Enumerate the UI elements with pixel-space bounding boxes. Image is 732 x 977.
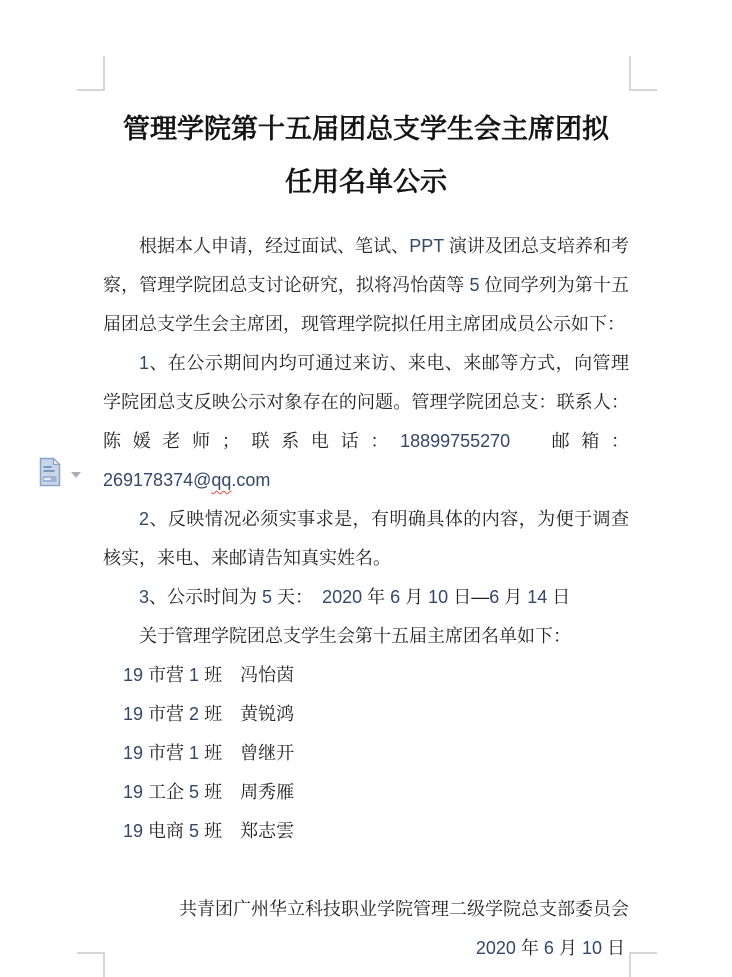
- text-run: 14: [527, 587, 547, 607]
- text-run: 1: [139, 353, 149, 373]
- text-run: 月: [499, 587, 527, 607]
- crop-mark-bottom-right: [629, 952, 657, 977]
- text-run: 班 郑志雲: [199, 821, 294, 841]
- document-icon[interactable]: [38, 457, 62, 492]
- text-run: 、反映情况必须实事求是，有明确具体的内容，为便于调查核实，来电、来邮请告知真实姓…: [103, 509, 629, 568]
- paragraph-intro: 根据本人申请，经过面试、笔试、PPT 演讲及团总支培养和考察，管理学院团总支讨论…: [103, 227, 629, 344]
- text-run: 5: [189, 782, 199, 802]
- roster-row: 19 市营 1 班 曾继开: [103, 734, 629, 773]
- text-run: .com: [231, 470, 270, 490]
- text-run: 市营: [143, 665, 189, 685]
- text-run: 2: [139, 509, 149, 529]
- document-body: 根据本人申请，经过面试、笔试、PPT 演讲及团总支培养和考察，管理学院团总支讨论…: [103, 227, 629, 968]
- text-run: 1: [189, 665, 199, 685]
- text-run: 天：: [272, 587, 322, 607]
- text-run: 电商: [143, 821, 189, 841]
- text-run: 班 冯怡茵: [199, 665, 294, 685]
- text-run: 班 黄锐鸿: [199, 704, 294, 724]
- roster-row: 19 工企 5 班 周秀雁: [103, 773, 629, 812]
- crop-mark-bottom-left: [77, 952, 105, 977]
- text-run: 19: [123, 743, 143, 763]
- signoff-organization: 共青团广州华立科技职业学院管理二级学院总支部委员会: [103, 890, 629, 929]
- paragraph-item-1: 1、在公示期间内均可通过来访、来电、来邮等方式，向管理学院团总支反映公示对象存在…: [103, 344, 629, 500]
- text-run: 19: [123, 704, 143, 724]
- margin-object-anchor[interactable]: [38, 455, 88, 493]
- text-run: 6: [544, 938, 554, 958]
- text-run: 5: [262, 587, 272, 607]
- dropdown-arrow-icon[interactable]: [71, 472, 81, 478]
- text-run: 5: [189, 821, 199, 841]
- text-run: 18899755270: [400, 431, 510, 451]
- title-line-2: 任用名单公示: [285, 167, 447, 197]
- roster-row: 19 市营 1 班 冯怡茵: [103, 656, 629, 695]
- text-run: 269178374@: [103, 470, 211, 490]
- document-content: 管理学院第十五届团总支学生会主席团拟 任用名单公示 根据本人申请，经过面试、笔试…: [103, 103, 629, 968]
- text-run: 年: [516, 938, 544, 958]
- paragraph-roster-intro: 关于管理学院团总支学生会第十五届主席团名单如下：: [103, 617, 629, 656]
- text-run: 2020: [322, 587, 362, 607]
- text-run: 班 曾继开: [199, 743, 294, 763]
- paragraph-item-2: 2、反映情况必须实事求是，有明确具体的内容，为便于调查核实，来电、来邮请告知真实…: [103, 500, 629, 578]
- crop-mark-top-left: [77, 56, 105, 91]
- paragraph-item-3: 3、公示时间为 5 天： 2020 年 6 月 10 日—6 月 14 日: [103, 578, 629, 617]
- text-run: 19: [123, 782, 143, 802]
- text-run: 5: [469, 275, 479, 295]
- text-run: 月: [554, 938, 582, 958]
- text-run: 关于管理学院团总支学生会第十五届主席团名单如下：: [139, 626, 571, 646]
- text-run: 月: [400, 587, 428, 607]
- text-run: 6: [390, 587, 400, 607]
- text-run: 日: [547, 587, 570, 607]
- text-run: 10: [428, 587, 448, 607]
- text-run: 日: [602, 938, 625, 958]
- text-run: 根据本人申请，经过面试、笔试、: [139, 236, 409, 256]
- text-run: 10: [582, 938, 602, 958]
- text-run: PPT: [409, 236, 444, 256]
- crop-mark-top-right: [629, 56, 657, 91]
- text-run: 工企: [143, 782, 189, 802]
- text-run: 3: [139, 587, 149, 607]
- signoff-block: 共青团广州华立科技职业学院管理二级学院总支部委员会 2020 年 6 月 10 …: [103, 890, 629, 968]
- text-run: 年: [362, 587, 390, 607]
- text-run: 日—: [448, 587, 489, 607]
- text-run: 、公示时间为: [149, 587, 262, 607]
- text-run: qq: [211, 470, 231, 490]
- roster-row: 19 电商 5 班 郑志雲: [103, 812, 629, 851]
- text-run: 市营: [143, 704, 189, 724]
- text-run: 班 周秀雁: [199, 782, 294, 802]
- text-run: 19: [123, 821, 143, 841]
- text-run: 19: [123, 665, 143, 685]
- text-run: 邮箱：: [510, 431, 629, 451]
- text-run: 市营: [143, 743, 189, 763]
- document-page: 管理学院第十五届团总支学生会主席团拟 任用名单公示 根据本人申请，经过面试、笔试…: [0, 0, 732, 977]
- roster-row: 19 市营 2 班 黄锐鸿: [103, 695, 629, 734]
- signoff-date: 2020 年 6 月 10 日: [103, 929, 629, 968]
- document-title: 管理学院第十五届团总支学生会主席团拟 任用名单公示: [103, 103, 629, 209]
- text-run: 6: [489, 587, 499, 607]
- title-line-1: 管理学院第十五届团总支学生会主席团拟: [123, 114, 609, 144]
- text-run: 2020: [476, 938, 516, 958]
- text-run: 2: [189, 704, 199, 724]
- text-run: 1: [189, 743, 199, 763]
